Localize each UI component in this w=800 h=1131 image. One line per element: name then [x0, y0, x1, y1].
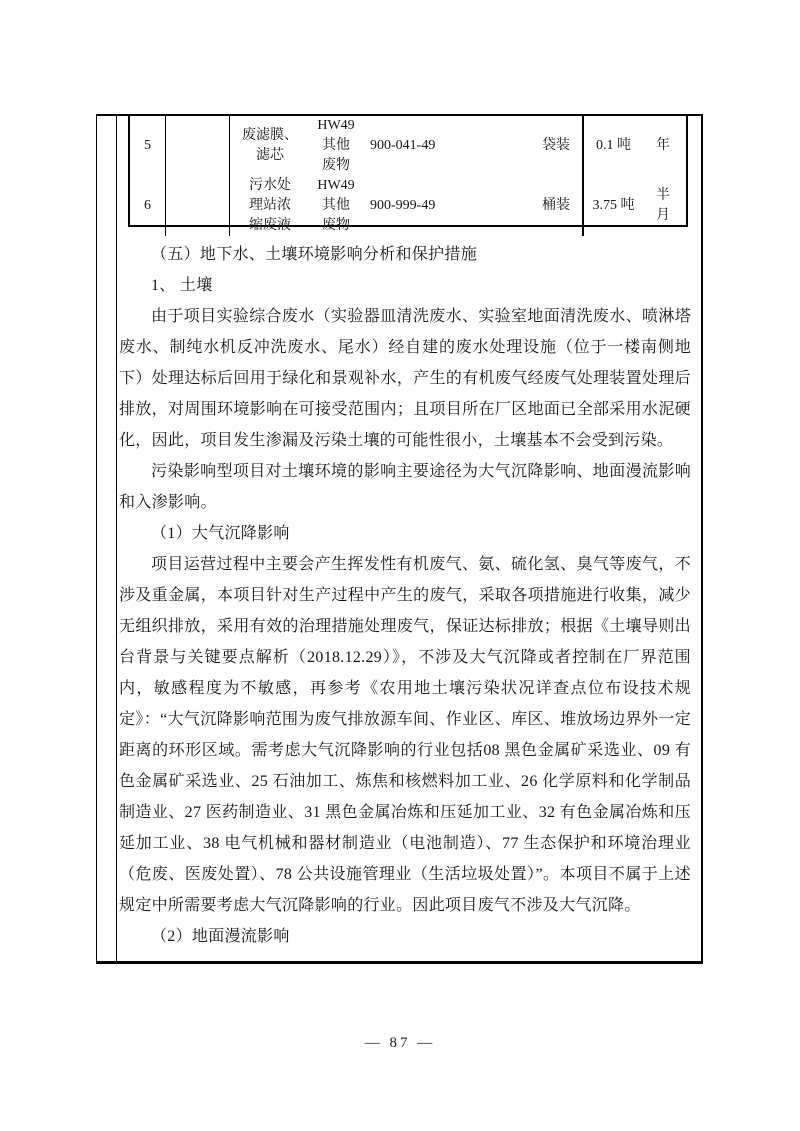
- document-page: 5 废滤膜、 滤芯 HW49 其他 废物 900-041-49 袋装 0.1 吨…: [0, 0, 800, 1131]
- page-frame-left-outer: [96, 114, 97, 964]
- waste-name: 废滤膜、 滤芯: [230, 126, 310, 166]
- section-heading: （五）地下水、土壤环境影响分析和保护措施: [119, 239, 691, 270]
- waste-name: 污水处 理站浓 缩废液: [230, 176, 310, 236]
- paragraph-pollution-pathways: 污染影响型项目对土壤环境的影响主要途径为大气沉降影响、地面漫流影响和入渗影响。: [119, 456, 691, 518]
- table-row: 6 污水处 理站浓 缩废液 HW49 其他 废物 900-999-49 桶装 3…: [130, 176, 686, 236]
- waste-category: HW49 其他 废物: [310, 176, 362, 236]
- body-text: （五）地下水、土壤环境影响分析和保护措施 1、 土壤 由于项目实验综合废水（实验…: [119, 239, 691, 952]
- waste-frequency: 年: [643, 136, 686, 156]
- waste-quantity: 0.1 吨: [584, 136, 643, 156]
- paragraph-atmospheric-deposition: 项目运营过程中主要会产生挥发性有机废气、氨、硫化氢、臭气等废气，不涉及重金属，本…: [119, 549, 691, 921]
- waste-packing: 桶装: [534, 196, 582, 216]
- cell-row-number: 5: [130, 116, 166, 176]
- waste-category: HW49 其他 废物: [310, 116, 362, 176]
- page-frame-right: [701, 114, 703, 964]
- waste-code: 900-999-49: [362, 196, 534, 216]
- subsection-heading-soil: 1、 土壤: [119, 270, 691, 301]
- item-heading-deposition: （1）大气沉降影响: [119, 518, 691, 549]
- waste-code: 900-041-49: [362, 136, 534, 156]
- cell-quantity-frequency: 3.75 吨 半 月: [584, 176, 686, 236]
- waste-quantity: 3.75 吨: [584, 196, 643, 216]
- cell-blank: [166, 176, 230, 236]
- cell-row-number: 6: [130, 176, 166, 236]
- cell-blank: [166, 116, 230, 176]
- page-number: — 87 —: [0, 1035, 800, 1052]
- hazardous-waste-table: 5 废滤膜、 滤芯 HW49 其他 废物 900-041-49 袋装 0.1 吨…: [128, 114, 688, 227]
- waste-frequency: 半 月: [643, 186, 686, 226]
- table-row: 5 废滤膜、 滤芯 HW49 其他 废物 900-041-49 袋装 0.1 吨…: [130, 116, 686, 176]
- paragraph-wastewater: 由于项目实验综合废水（实验器皿清洗废水、实验室地面清洗废水、喷淋塔废水、制纯水机…: [119, 301, 691, 456]
- item-heading-surface-runoff: （2）地面漫流影响: [119, 921, 691, 952]
- page-frame-bottom: [96, 961, 703, 964]
- cell-waste-info: 污水处 理站浓 缩废液 HW49 其他 废物 900-999-49 桶装: [230, 176, 584, 236]
- page-frame-left-inner: [116, 114, 117, 964]
- waste-packing: 袋装: [534, 136, 582, 156]
- cell-waste-info: 废滤膜、 滤芯 HW49 其他 废物 900-041-49 袋装: [230, 116, 584, 176]
- cell-quantity-frequency: 0.1 吨 年: [584, 116, 686, 176]
